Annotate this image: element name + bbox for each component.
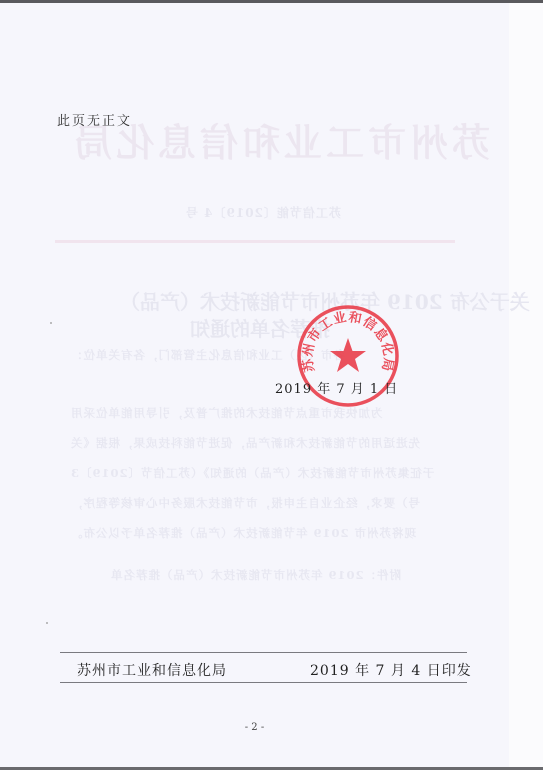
bleed-through-paragraph: 附件：2019 年苏州市节能新技术（产品）推荐名单: [110, 567, 401, 583]
footer-bottom-rule: [60, 682, 467, 683]
scan-speck: [46, 622, 48, 624]
bleed-through-red-rule: [55, 240, 455, 243]
scan-speck: [50, 322, 52, 324]
bleed-through-paragraph: 号）要求，经企业自主申报，市节能技术服务中心审核等程序，: [70, 495, 420, 511]
footer-issue-date: 2019 年 7 月 4 日印发: [310, 660, 472, 680]
bleed-through-paragraph: 先进适用的节能新技术和新产品，促进节能科技成果，根据《关: [70, 435, 420, 451]
footer-top-rule: [60, 652, 467, 653]
page-number: - 2 -: [0, 722, 509, 733]
bleed-through-paragraph: 于征集苏州市节能新技术（产品）的通知》（苏工信节〔2019〕3: [70, 465, 434, 481]
bleed-through-title: 苏州市工业和信息化局: [70, 112, 490, 167]
stamp-date: 2019 年 7 月 1 日: [275, 378, 398, 397]
bleed-through-paragraph: 现将苏州市 2019 年节能新技术（产品）推荐名单予以公布。: [70, 525, 416, 541]
page-right-margin: [509, 3, 543, 767]
footer-issuer: 苏州市工业和信息化局: [77, 660, 227, 680]
no-body-text-label: 此页无正文: [57, 110, 132, 129]
bleed-through-doc-number: 苏工信节能〔2019〕4 号: [185, 204, 341, 221]
